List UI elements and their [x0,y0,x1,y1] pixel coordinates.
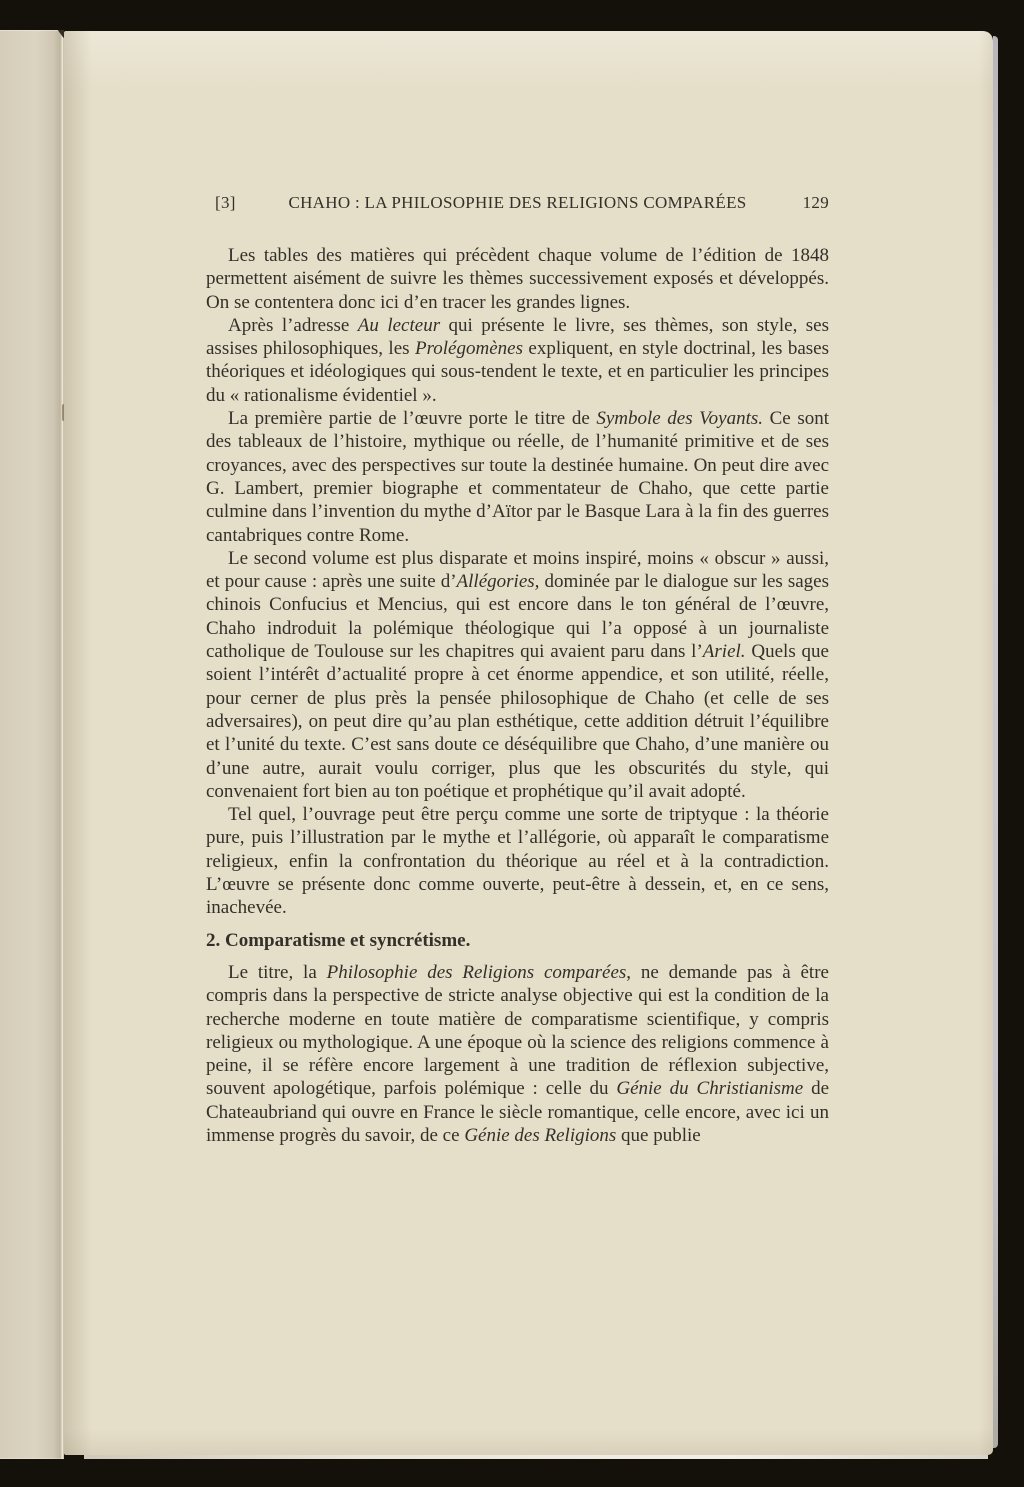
body-paragraph: La première partie de l’œuvre porte le t… [206,407,829,547]
text-run: La première partie de l’œuvre porte le t… [228,408,596,429]
italic-text-run: Symbole des Voyants. [596,408,763,429]
italic-text-run: Au lecteur [358,315,440,336]
page-text-block: Les tables des matières qui précèdent ch… [206,244,829,1147]
italic-text-run: Philosophie des Religions comparées [327,962,627,983]
text-run: Quels que soient l’intérêt d’actualité p… [206,641,829,802]
page-block-edge-bottom [84,1455,988,1459]
body-paragraph: Tel quel, l’ouvrage peut être perçu comm… [206,803,829,919]
text-run: Après l’adresse [228,315,358,336]
body-paragraph: Le titre, la Philosophie des Religions c… [206,961,829,1147]
text-run: Le titre, la [228,962,327,983]
text-run: que publie [616,1125,700,1146]
italic-text-run: Allégories, [457,571,540,592]
italic-text-run: Génie du Christianisme [616,1078,803,1099]
book-page: [3] CHAHO : LA PHILOSOPHIE DES RELIGIONS… [64,31,993,1455]
book-scan: [3] CHAHO : LA PHILOSOPHIE DES RELIGIONS… [0,0,1024,1487]
facing-page-edge [0,30,64,1459]
italic-text-run: Prolégomènes [415,338,523,359]
text-run: Les tables des matières qui précèdent ch… [206,245,829,313]
text-run: Tel quel, l’ouvrage peut être perçu comm… [206,804,829,918]
header-title: CHAHO : LA PHILOSOPHIE DES RELIGIONS COM… [268,193,767,213]
header-page-number: 129 [767,193,829,213]
body-paragraph: Le second volume est plus disparate et m… [206,547,829,803]
page-block-edge-right [993,36,998,1448]
section-heading: 2. Comparatisme et syncrétisme. [206,929,829,952]
body-paragraph: Après l’adresse Au lecteur qui présente … [206,314,829,407]
body-paragraph: Les tables des matières qui précèdent ch… [206,244,829,314]
running-header: [3] CHAHO : LA PHILOSOPHIE DES RELIGIONS… [206,193,829,213]
italic-text-run: Génie des Religions [464,1125,616,1146]
scan-root: { "page": { "header": { "section_ref": "… [0,0,1024,1487]
text-run: 2. Comparatisme et syncrétisme. [206,930,470,951]
italic-text-run: Ariel. [703,641,746,662]
header-section-ref: [3] [206,193,268,213]
